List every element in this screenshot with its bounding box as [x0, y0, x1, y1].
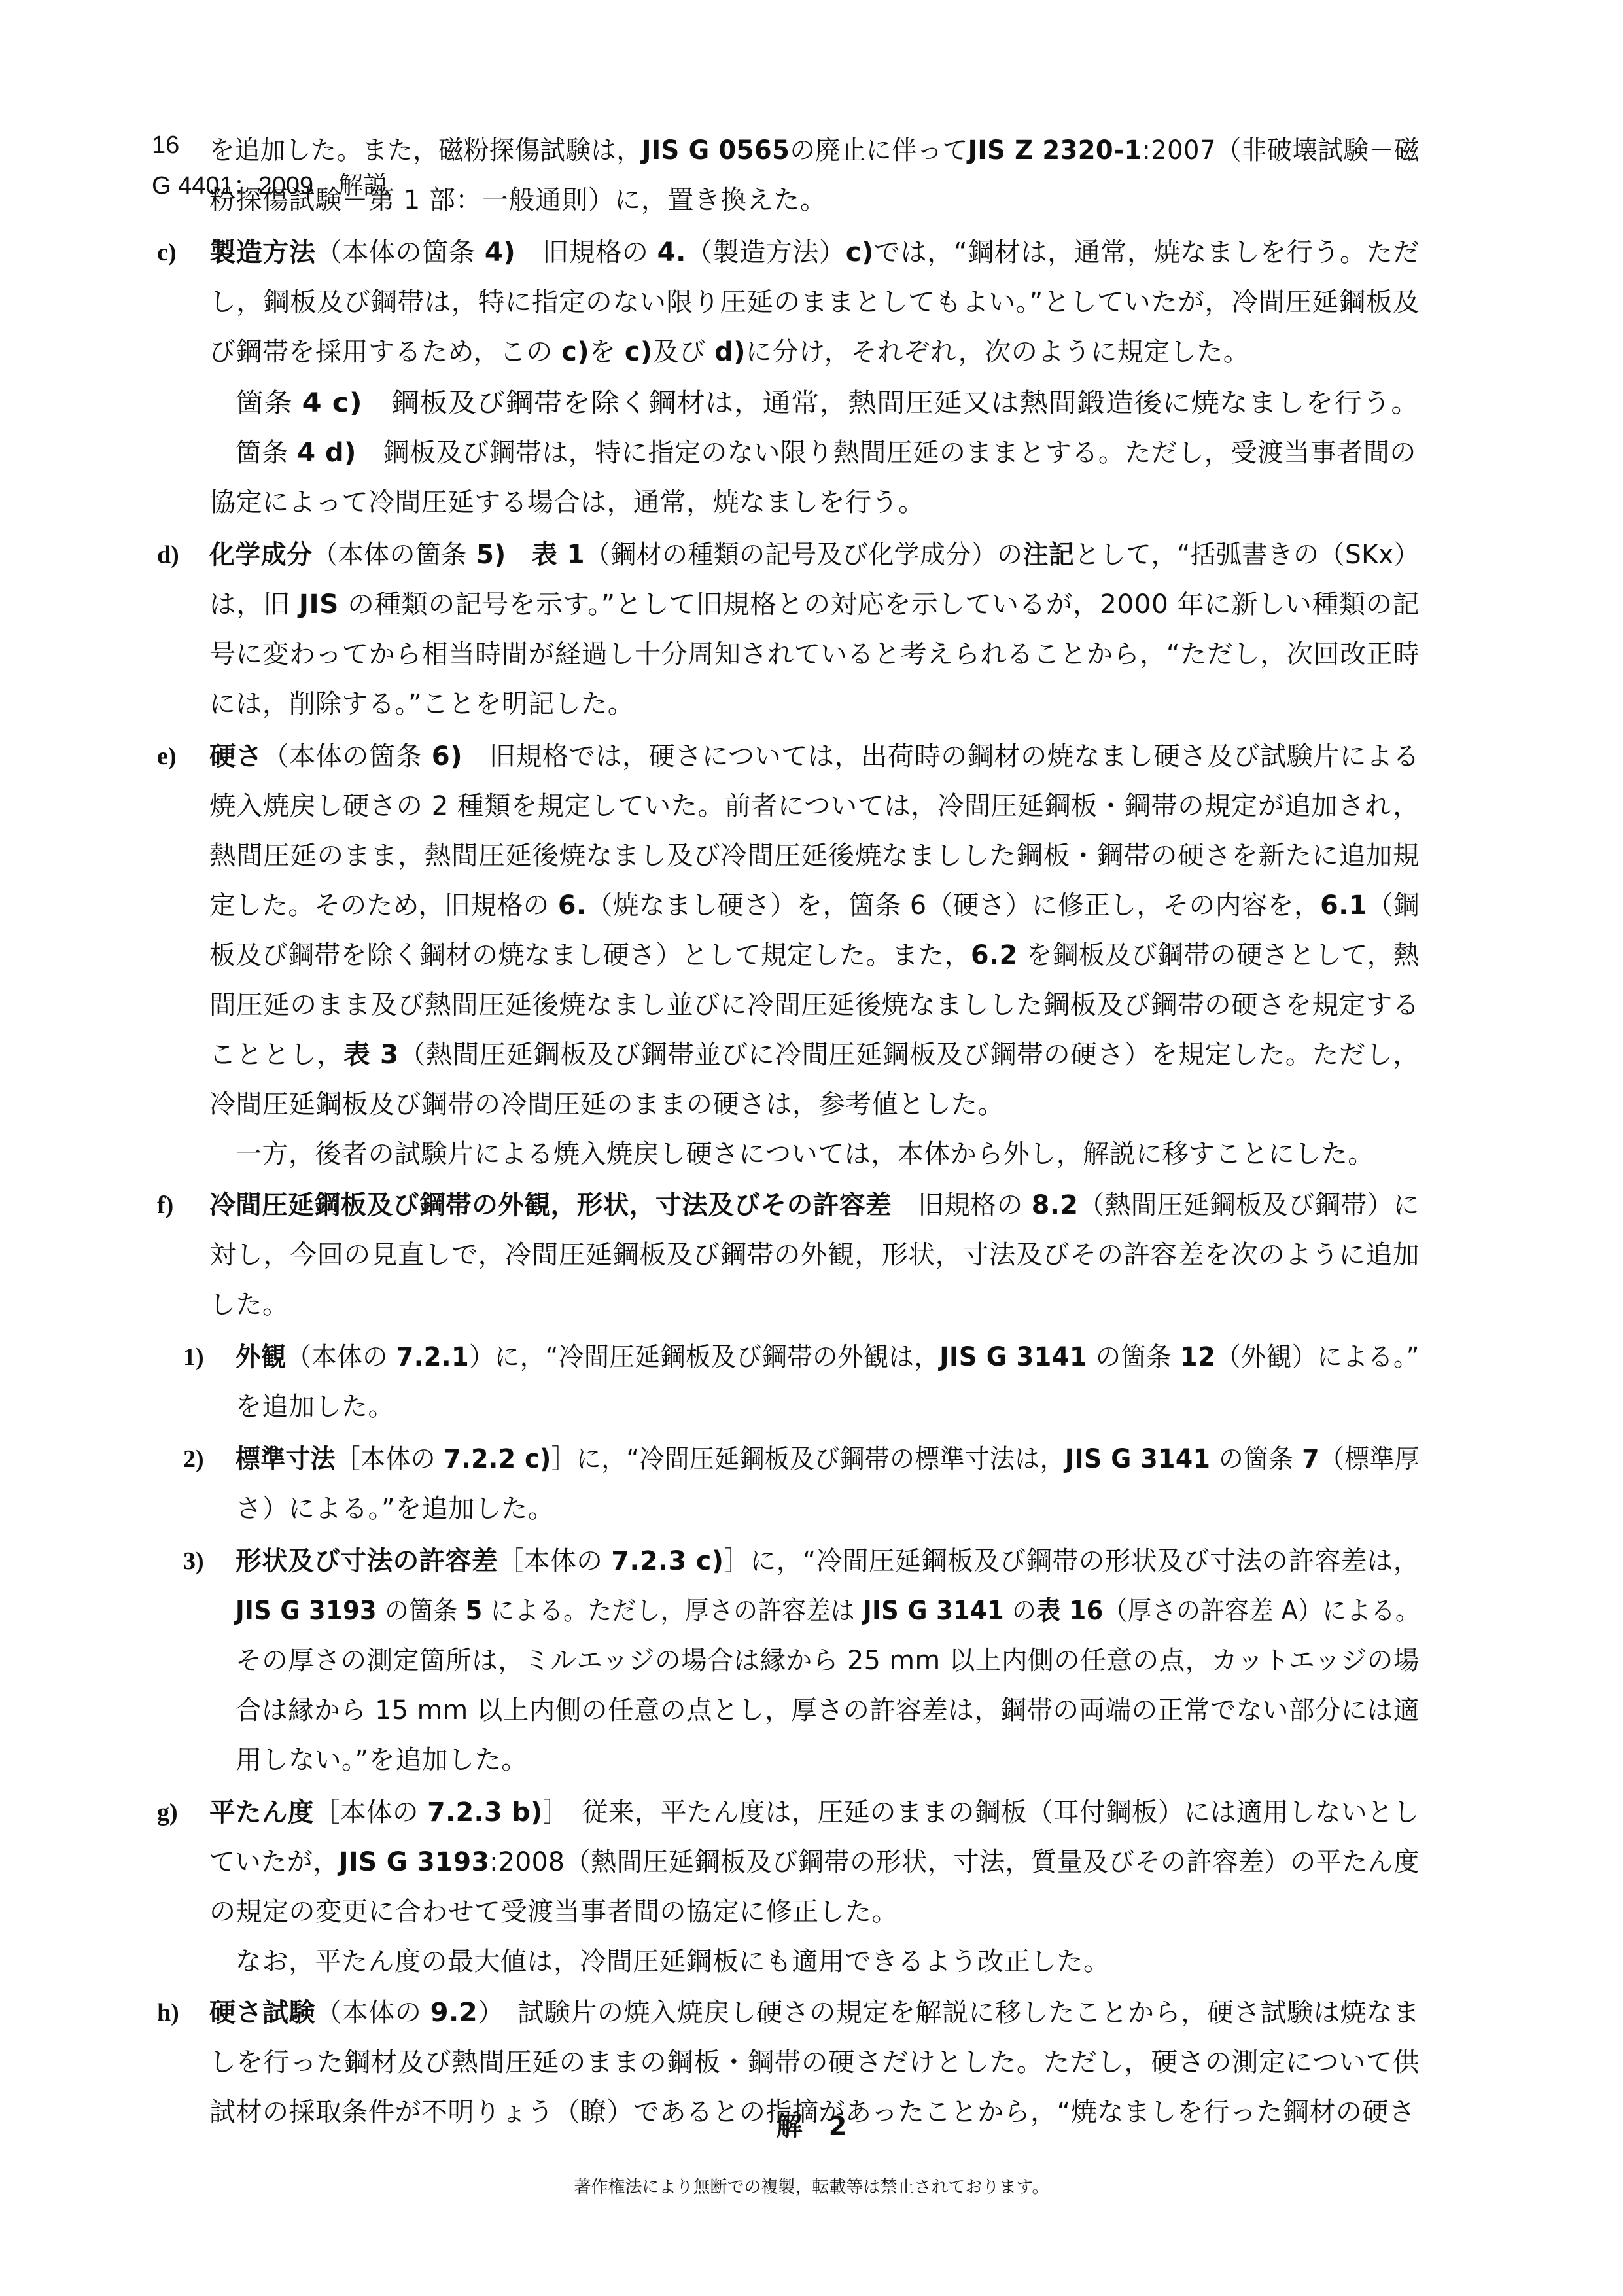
text-line: 焼入焼戻し硬さの 2 種類を規定していた。前者については，冷間圧延鋼板・鋼帯の規… [209, 788, 1420, 824]
text-line: は，旧 JIS の種類の記号を示す。”として旧規格との対応を示しているが，200… [209, 586, 1420, 623]
text-line: 一方，後者の試験片による焼入焼戻し硬さについては，本体から外し，解説に移すことに… [236, 1136, 1374, 1173]
text-line: さ）による。”を追加した。 [236, 1491, 554, 1527]
copyright-notice: 著作権法により無断での複製，転載等は禁止されております。 [0, 2176, 1623, 2199]
text-line: 号に変わってから相当時間が経過し十分周知されていると考えられることから，“ただし… [209, 636, 1420, 673]
text-line: 平たん度［本体の 7.2.3 b)］ 従来，平たん度は，圧延のままの鋼板（耳付鋼… [209, 1794, 1420, 1831]
page-number: 16 [152, 131, 179, 160]
text-line: 箇条 4 d) 鋼板及び鋼帯は，特に指定のない限り熱間圧延のままとする。ただし，… [236, 434, 1416, 471]
text-line: 熱間圧延のまま，熱間圧延後焼なまし及び冷間圧延後焼なましした鋼板・鋼帯の硬さを新… [209, 838, 1420, 874]
list-item-label: c) [157, 234, 177, 271]
text-line: 形状及び寸法の許容差［本体の 7.2.3 c)］に，“冷間圧延鋼板及び鋼帯の形状… [236, 1543, 1420, 1580]
text-line: こととし，表 3（熱間圧延鋼板及び鋼帯並びに冷間圧延鋼板及び鋼帯の硬さ）を規定し… [209, 1036, 1420, 1073]
text-line: 定した。そのため，旧規格の 6.（焼なまし硬さ）を，箇条 6（硬さ）に修正し，そ… [209, 887, 1420, 924]
text-line: 協定によって冷間圧延する場合は，通常，焼なましを行う。 [209, 484, 925, 521]
text-line: 粉探傷試験－第 1 部：一般通則）に，置き換えた。 [209, 182, 826, 219]
text-line: 用しない。”を追加した。 [236, 1742, 528, 1778]
list-item-label: 1) [183, 1339, 204, 1375]
text-line: その厚さの測定箇所は，ミルエッジの場合は縁から 25 mm 以上内側の任意の点，… [236, 1642, 1420, 1679]
text-line: 冷間圧延鋼板及び鋼帯の外観，形状，寸法及びその許容差 旧規格の 8.2（熱間圧延… [209, 1187, 1420, 1224]
text-line: 板及び鋼帯を除く鋼材の焼なまし硬さ）として規定した。また，6.2 を鋼板及び鋼帯… [209, 937, 1420, 974]
text-line: の規定の変更に合わせて受渡当事者間の協定に修正した。 [209, 1894, 898, 1930]
text-line: 硬さ（本体の箇条 6) 旧規格では，硬さについては，出荷時の鋼材の焼なまし硬さ及… [209, 738, 1420, 775]
list-item-label: 2) [183, 1441, 204, 1477]
text-line: 箇条 4 c) 鋼板及び鋼帯を除く鋼材は，通常，熱間圧延又は熱間鍛造後に焼なまし… [236, 385, 1420, 421]
list-item-label: 3) [183, 1543, 204, 1580]
text-line: ていたが，JIS G 3193:2008（熱間圧延鋼板及び鋼帯の形状，寸法，質量… [209, 1844, 1420, 1881]
list-item-label: g) [157, 1794, 178, 1831]
text-line: しを行った鋼材及び熱間圧延のままの鋼板・鋼帯の硬さだけとした。ただし，硬さの測定… [209, 2044, 1420, 2081]
text-line: 硬さ試験（本体の 9.2） 試験片の焼入焼戻し硬さの規定を解説に移したことから，… [209, 1994, 1420, 2031]
text-line: し，鋼板及び鋼帯は，特に指定のない限り圧延のままとしてもよい。”としていたが，冷… [209, 284, 1420, 321]
text-line: 対し，今回の見直しで，冷間圧延鋼板及び鋼帯の外観，形状，寸法及びその許容差を次の… [209, 1237, 1420, 1273]
text-line: した。 [209, 1286, 289, 1323]
text-line: を追加した。また，磁粉探傷試験は，JIS G 0565の廃止に伴ってJIS Z … [209, 132, 1420, 169]
page-label: 解 2 [0, 2111, 1623, 2142]
text-line: 標準寸法［本体の 7.2.2 c)］に，“冷間圧延鋼板及び鋼帯の標準寸法は，JI… [236, 1441, 1420, 1477]
list-item-label: h) [157, 1994, 179, 2031]
text-line: び鋼帯を採用するため，この c)を c)及び d)に分け，それぞれ，次のように規… [209, 334, 1249, 370]
text-line: JIS G 3193 の箇条 5 による。ただし，厚さの許容差は JIS G 3… [236, 1593, 1420, 1629]
text-line: なお，平たん度の最大値は，冷間圧延鋼板にも適用できるよう改正した。 [236, 1943, 1110, 1980]
text-line: には，削除する。”ことを明記した。 [209, 686, 634, 722]
text-line: 冷間圧延鋼板及び鋼帯の冷間圧延のままの硬さは，参考値とした。 [209, 1086, 1004, 1123]
text-line: 合は縁から 15 mm 以上内側の任意の点とし，厚さの許容差は，鋼帯の両端の正常… [236, 1692, 1420, 1729]
list-item-label: d) [157, 537, 179, 573]
text-line: 製造方法（本体の箇条 4) 旧規格の 4.（製造方法）c)では，“鋼材は，通常，… [209, 234, 1420, 271]
text-line: 外観（本体の 7.2.1）に，“冷間圧延鋼板及び鋼帯の外観は，JIS G 314… [236, 1339, 1420, 1375]
list-item-label: f) [157, 1187, 173, 1224]
text-line: を追加した。 [236, 1388, 394, 1425]
text-line: 間圧延のまま及び熱間圧延後焼なまし並びに冷間圧延後焼なましした鋼板及び鋼帯の硬さ… [209, 987, 1420, 1023]
list-item-label: e) [157, 738, 177, 775]
text-line: 化学成分（本体の箇条 5) 表 1（鋼材の種類の記号及び化学成分）の注記として，… [209, 537, 1420, 573]
